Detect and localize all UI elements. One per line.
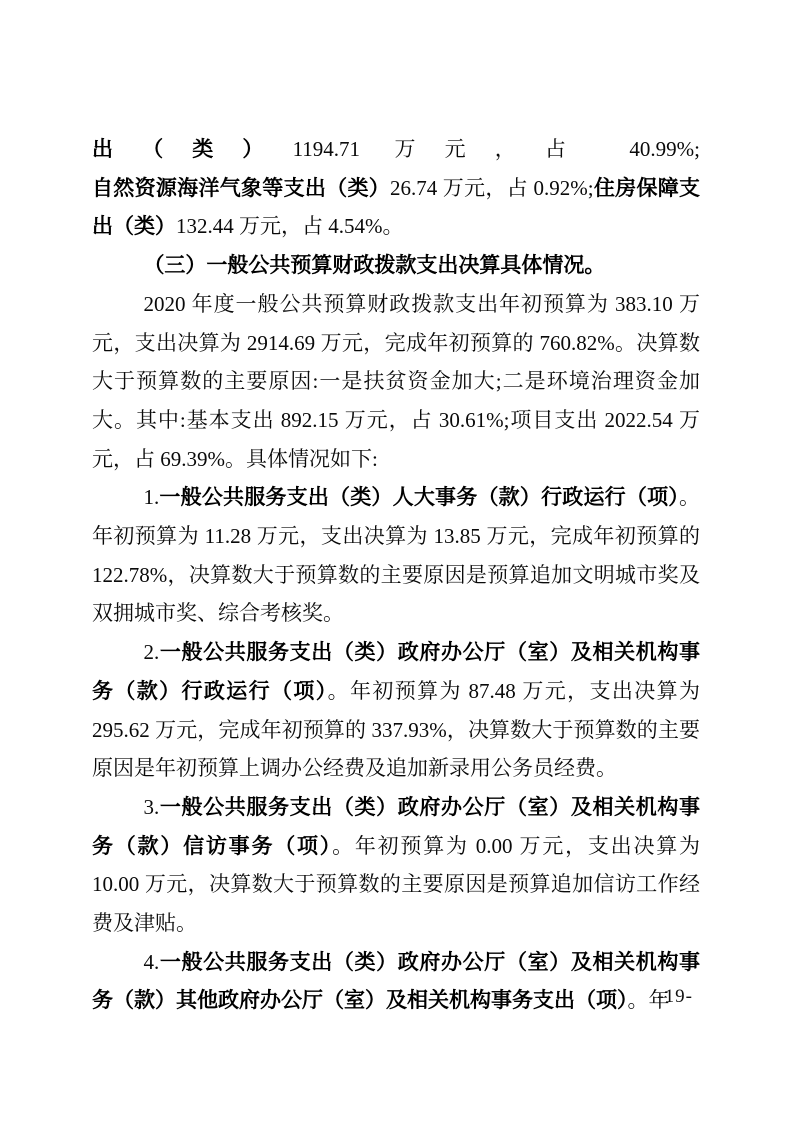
paragraph: （三）一般公共预算财政拨款支出决算具体情况。 <box>92 246 700 285</box>
text-segment: 3. <box>143 795 159 819</box>
text-segment: 自然资源海洋气象等支出（类） <box>92 176 390 200</box>
document-body: 出（类）1194.71 万元，占 40.99%;自然资源海洋气象等支出（类）26… <box>92 130 700 1020</box>
paragraph: 3.一般公共服务支出（类）政府办公厅（室）及相关机构事务（款）信访事务（项）。年… <box>92 788 700 943</box>
text-segment: 2020 年度一般公共预算财政拨款支出年初预算为 383.10 万元，支出决算为… <box>92 292 700 471</box>
text-segment: 26.74 万元，占 0.92%; <box>390 176 594 200</box>
text-segment: 1194.71 万元，占 40.99%; <box>293 137 700 161</box>
paragraph: 2020 年度一般公共预算财政拨款支出年初预算为 383.10 万元，支出决算为… <box>92 285 700 479</box>
page-number: -19- <box>657 986 693 1008</box>
paragraph: 出（类）1194.71 万元，占 40.99%;自然资源海洋气象等支出（类）26… <box>92 130 700 246</box>
text-segment: 一般公共服务支出（类）政府办公厅（室）及相关机构事务（款）其他政府办公厅（室）及… <box>92 950 700 1013</box>
text-segment: （三）一般公共预算财政拨款支出决算具体情况。 <box>143 253 605 277</box>
paragraph: 1.一般公共服务支出（类）人大事务（款）行政运行（项）。年初预算为 11.28 … <box>92 478 700 633</box>
text-segment: 4. <box>143 950 159 974</box>
text-segment: 132.44 万元，占 4.54%。 <box>176 214 404 238</box>
text-segment: 一般公共服务支出（类）人大事务（款）行政运行（项） <box>159 485 679 509</box>
paragraph: 2.一般公共服务支出（类）政府办公厅（室）及相关机构事务（款）行政运行（项）。年… <box>92 633 700 788</box>
document-page: 出（类）1194.71 万元，占 40.99%;自然资源海洋气象等支出（类）26… <box>0 0 793 1122</box>
text-segment: 1. <box>143 485 159 509</box>
paragraph: 4.一般公共服务支出（类）政府办公厅（室）及相关机构事务（款）其他政府办公厅（室… <box>92 943 700 1020</box>
text-segment: 2. <box>143 640 159 664</box>
text-segment: 出（类） <box>92 137 293 161</box>
